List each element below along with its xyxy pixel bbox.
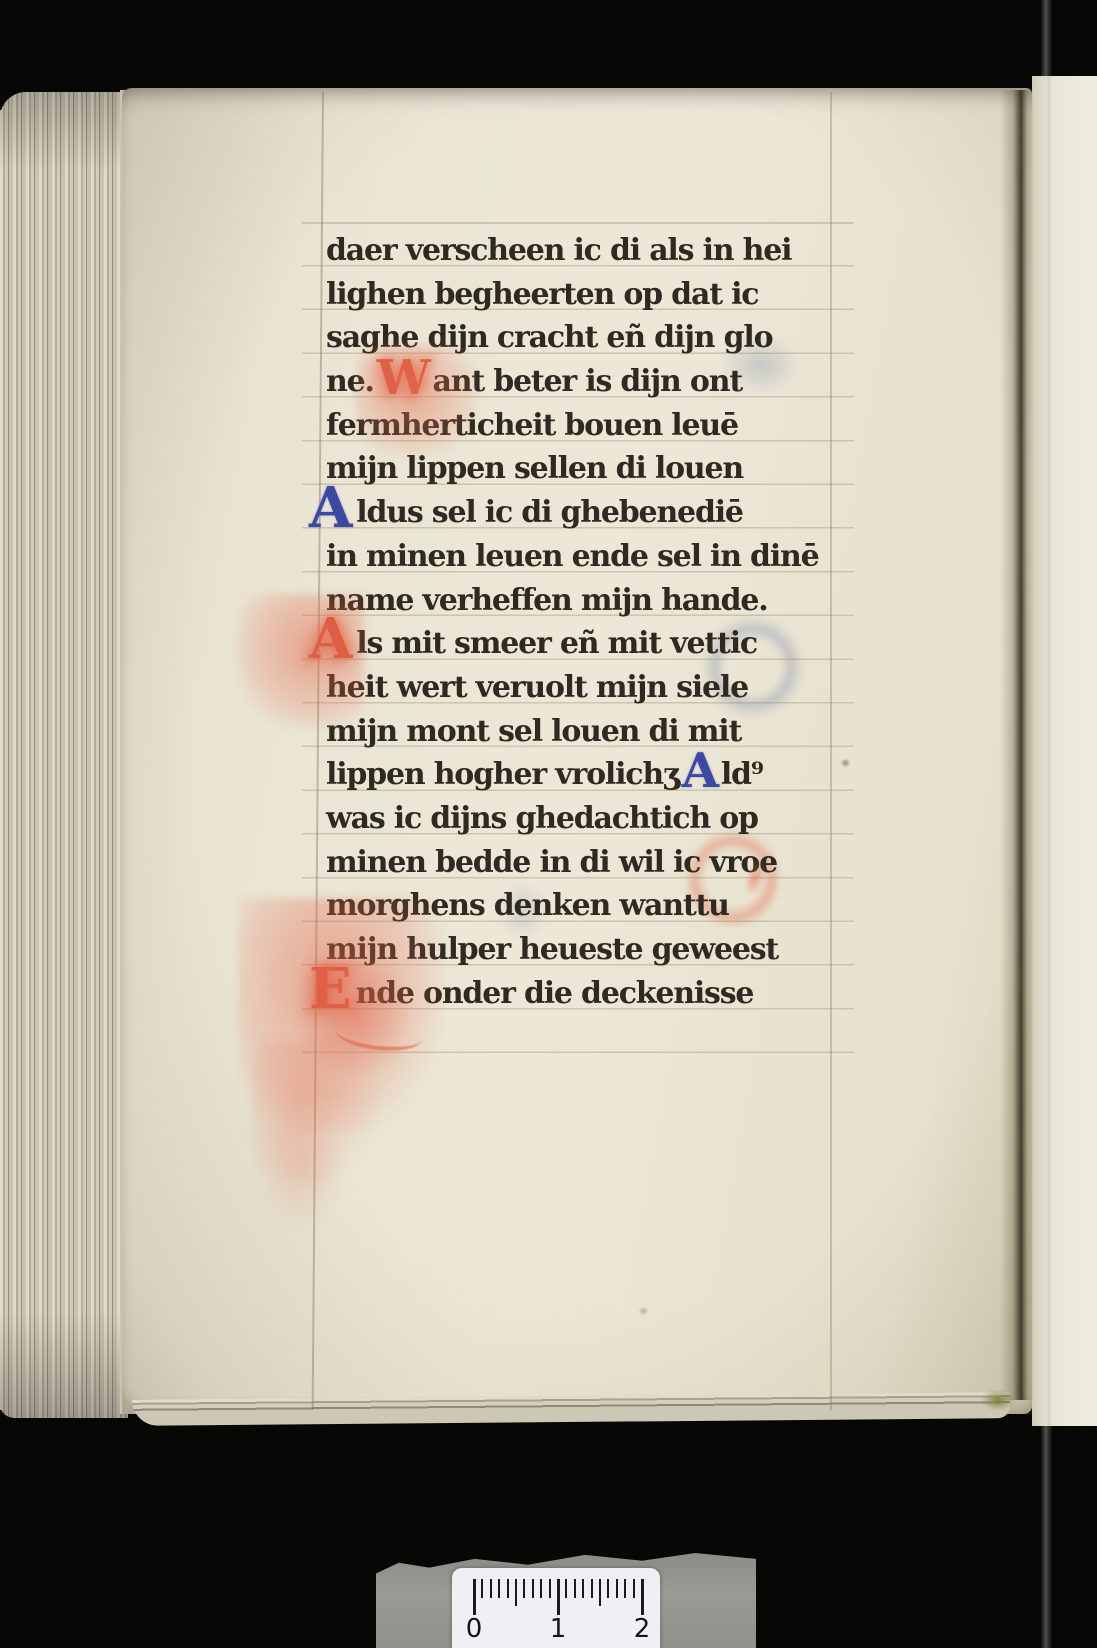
ruler-tick xyxy=(616,1579,618,1598)
text-line: mijn mont sel louen di mit xyxy=(326,710,846,754)
line-text: was ic dijns ghedachtich op xyxy=(326,801,758,836)
text-line: minen bedde in di wil ic vroe xyxy=(326,841,846,885)
ruler-tick xyxy=(507,1579,509,1598)
text-line: in minen leuen ende sel in dinē xyxy=(326,535,846,579)
ruler-numbers: 0 1 2 xyxy=(452,1614,660,1644)
ruler-tick xyxy=(591,1579,593,1598)
text-line: was ic dijns ghedachtich op xyxy=(326,797,846,841)
line-text-before: lippen hogher vrolichʒ xyxy=(326,757,679,792)
line-text: fermherticheit bouen leuē xyxy=(326,408,738,443)
ruler-ticks xyxy=(473,1579,645,1619)
line-text: ls mit smeer eñ mit vettic xyxy=(356,626,757,661)
top-ruling-line xyxy=(302,222,854,224)
ruler-scale: 0 1 2 xyxy=(452,1568,660,1648)
ruler-tick xyxy=(540,1579,542,1598)
line-text: in minen leuen ende sel in dinē xyxy=(326,539,819,574)
red-lombardic-initial: W xyxy=(377,361,430,395)
page-fore-edge-crease xyxy=(1000,90,1034,1400)
ruler-tick xyxy=(633,1579,635,1598)
ruler-tick xyxy=(490,1579,492,1598)
text-line: lighen begheerten op dat ic xyxy=(326,273,846,317)
ruler-tick xyxy=(481,1579,483,1598)
line-text: morghens denken wanttu xyxy=(326,888,729,923)
line-text: ldus sel ic di ghebenediē xyxy=(356,495,743,530)
line-text: mijn mont sel louen di mit xyxy=(326,714,741,749)
text-line: Aldus sel ic di ghebenediē xyxy=(326,491,846,535)
ruler-tick xyxy=(624,1579,626,1598)
line-text: ld⁹ xyxy=(721,757,763,792)
ruler-tick xyxy=(607,1579,609,1598)
line-text: heit wert veruolt mijn siele xyxy=(326,670,748,705)
ruler-tick xyxy=(549,1579,551,1598)
foxing-spot xyxy=(640,1308,647,1314)
text-line: name verheffen mijn hande. xyxy=(326,579,846,623)
line-text: mijn lippen sellen di louen xyxy=(326,451,743,486)
ruler-tick xyxy=(565,1579,567,1598)
line-text: ant beter is dijn ont xyxy=(432,364,742,399)
ruler-number-1: 1 xyxy=(542,1614,574,1644)
line-text: minen bedde in di wil ic vroe xyxy=(326,845,777,880)
line-text: mijn hulper heueste geweest xyxy=(326,932,778,967)
text-line: mijn lippen sellen di louen xyxy=(326,447,846,491)
blue-lombardic-initial: A xyxy=(309,491,351,525)
page-stack-fore-edge xyxy=(0,92,128,1418)
blue-lombardic-initial: A xyxy=(682,754,718,788)
photo-scene: daer verscheen ic di als in heilighen be… xyxy=(0,0,1097,1648)
text-line: fermherticheit bouen leuē xyxy=(326,404,846,448)
ruler-number-2: 2 xyxy=(626,1614,658,1644)
ruler-tick xyxy=(582,1579,584,1598)
text-line: daer verscheen ic di als in hei xyxy=(326,229,846,273)
line-text-before: ne. xyxy=(326,364,374,399)
text-line: Als mit smeer eñ mit vettic xyxy=(326,622,846,666)
text-line: mijn hulper heueste geweest xyxy=(326,928,846,972)
text-line: morghens denken wanttu xyxy=(326,884,846,928)
ruler-tick xyxy=(641,1579,644,1615)
text-line: Ende onder die deckenisse xyxy=(326,972,846,1016)
green-bookmark-fragment xyxy=(982,1390,1014,1410)
line-text: nde onder die deckenisse xyxy=(355,976,753,1011)
text-line: ne.Want beter is dijn ont xyxy=(326,360,846,404)
next-page-edge xyxy=(1032,76,1097,1426)
text-line: lippen hogher vrolichʒAld⁹ xyxy=(326,753,846,797)
ruler-tick xyxy=(473,1579,476,1615)
ruler-tick xyxy=(532,1579,534,1598)
ruler-tick xyxy=(515,1579,517,1606)
text-block: daer verscheen ic di als in heilighen be… xyxy=(326,229,846,1015)
ruler-tick xyxy=(498,1579,500,1598)
ruler-tick xyxy=(599,1579,601,1606)
line-text: lighen begheerten op dat ic xyxy=(326,277,758,312)
line-text: daer verscheen ic di als in hei xyxy=(326,233,791,268)
red-lombardic-initial: E xyxy=(309,972,350,1006)
text-line: heit wert veruolt mijn siele xyxy=(326,666,846,710)
line-text: name verheffen mijn hande. xyxy=(326,583,768,618)
ruler-tick xyxy=(523,1579,525,1598)
ruler-tick xyxy=(557,1579,560,1615)
ruler-number-0: 0 xyxy=(458,1614,490,1644)
red-lombardic-initial: A xyxy=(309,622,351,656)
ruler-tick xyxy=(574,1579,576,1598)
